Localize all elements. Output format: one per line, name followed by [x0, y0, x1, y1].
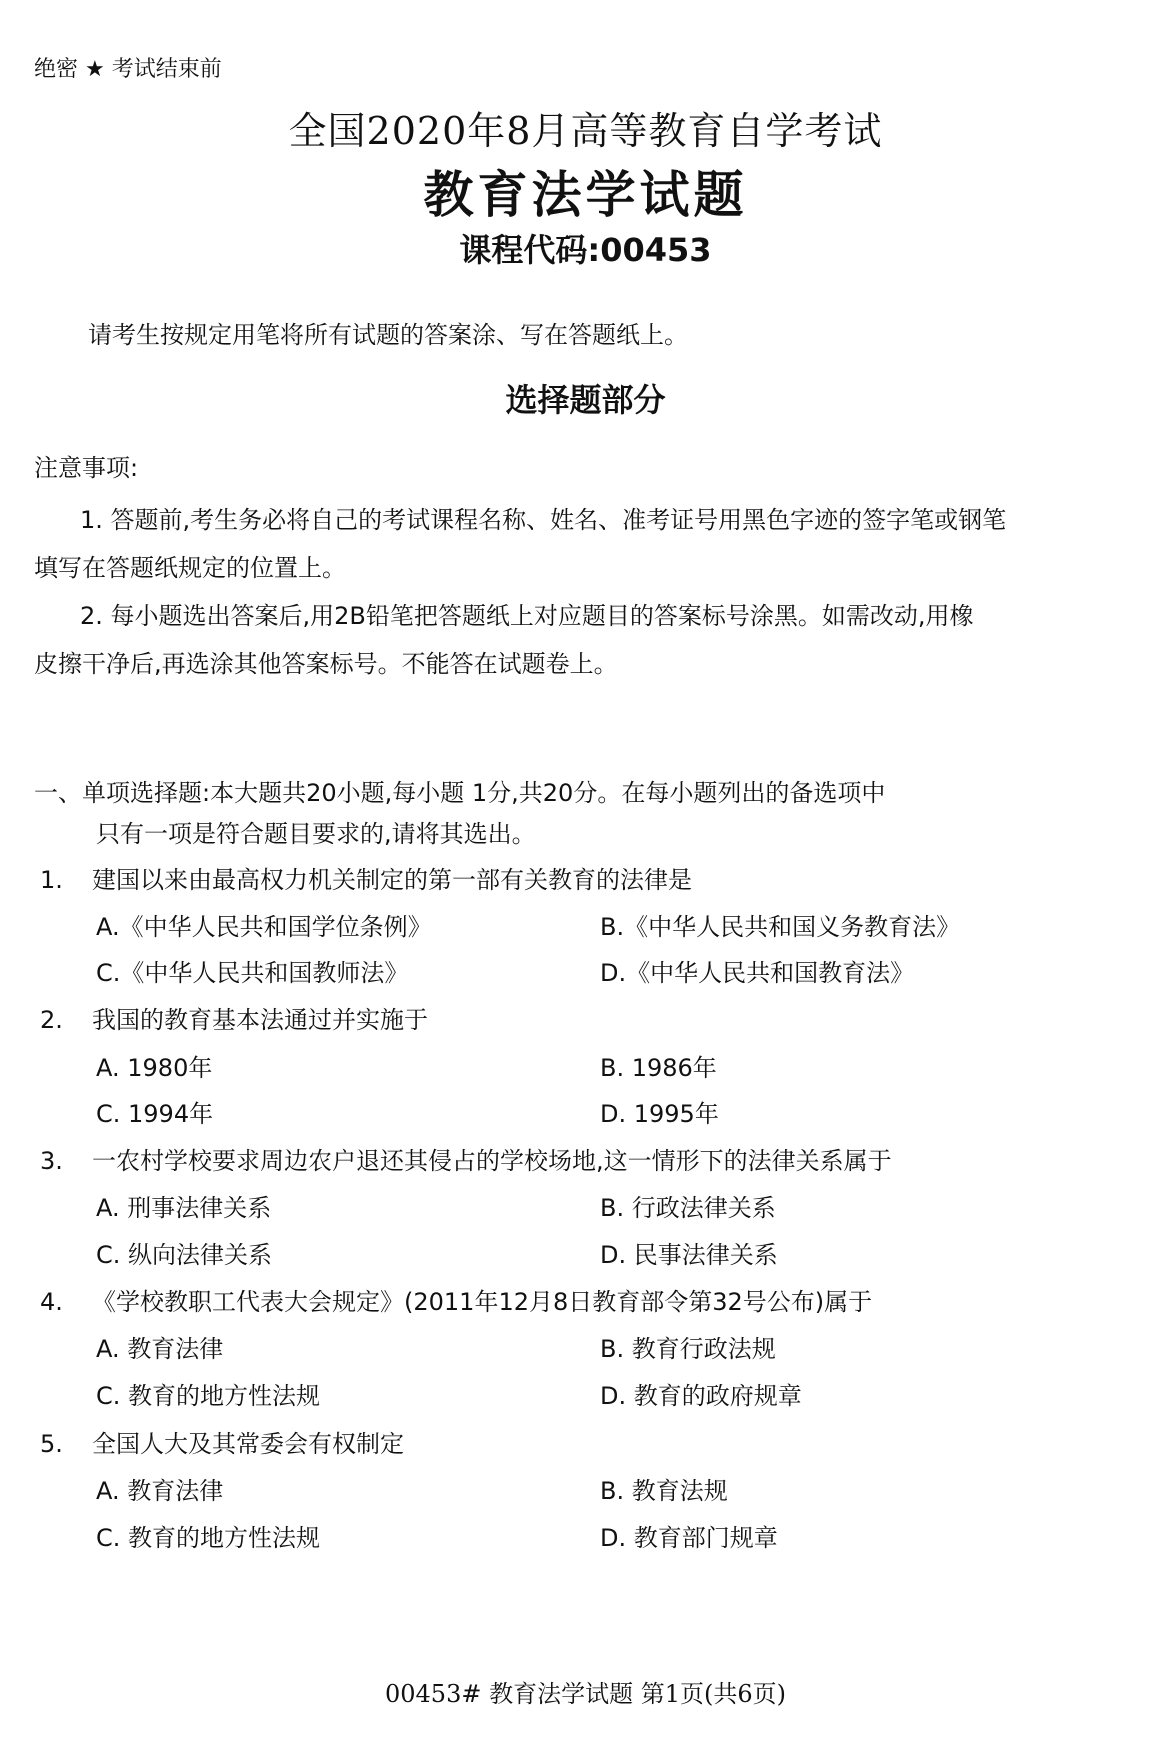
question-number: 5.	[40, 1430, 92, 1458]
option-a: A. 刑事法律关系	[96, 1188, 271, 1223]
question-1: 1.建国以来由最高权力机关制定的第一部有关教育的法律是	[40, 860, 692, 895]
option-a: A. 1980年	[96, 1048, 212, 1083]
option-b: B.《中华人民共和国义务教育法》	[600, 907, 960, 942]
question-number: 3.	[40, 1147, 92, 1175]
question-text: 《学校教职工代表大会规定》(2011年12月8日教育部令第32号公布)属于	[92, 1288, 872, 1316]
question-text: 建国以来由最高权力机关制定的第一部有关教育的法律是	[92, 866, 692, 894]
question-text: 一农村学校要求周边农户退还其侵占的学校场地,这一情形下的法律关系属于	[92, 1147, 892, 1175]
option-c: C. 教育的地方性法规	[96, 1518, 320, 1553]
option-c: C. 1994年	[96, 1094, 213, 1129]
option-b: B. 教育法规	[600, 1471, 728, 1506]
question-4: 4.《学校教职工代表大会规定》(2011年12月8日教育部令第32号公布)属于	[40, 1282, 872, 1317]
option-c: C.《中华人民共和国教师法》	[96, 953, 408, 988]
option-d: D. 1995年	[600, 1094, 719, 1129]
question-number: 2.	[40, 1006, 92, 1034]
course-code: 课程代码:00453	[0, 225, 1171, 271]
option-d: D. 教育部门规章	[600, 1518, 778, 1553]
option-b: B. 行政法律关系	[600, 1188, 776, 1223]
section-title: 选择题部分	[0, 375, 1171, 421]
part-one-heading: 一、单项选择题:本大题共20小题,每小题 1分,共20分。在每小题列出的备选项中	[34, 773, 885, 808]
question-number: 4.	[40, 1288, 92, 1316]
question-number: 1.	[40, 866, 92, 894]
question-3: 3.一农村学校要求周边农户退还其侵占的学校场地,这一情形下的法律关系属于	[40, 1141, 892, 1176]
question-text: 全国人大及其常委会有权制定	[92, 1430, 404, 1458]
confidential-mark: 绝密 ★ 考试结束前	[34, 52, 222, 83]
option-d: D. 民事法律关系	[600, 1235, 778, 1270]
question-5: 5.全国人大及其常委会有权制定	[40, 1424, 404, 1459]
option-a: A.《中华人民共和国学位条例》	[96, 907, 432, 942]
note-1-line-1: 1. 答题前,考生务必将自己的考试课程名称、姓名、准考证号用黑色字迹的签字笔或钢…	[80, 500, 1006, 535]
option-a: A. 教育法律	[96, 1471, 223, 1506]
part-one-subheading: 只有一项是符合题目要求的,请将其选出。	[96, 814, 536, 849]
notes-heading: 注意事项:	[34, 448, 138, 483]
note-2-line-1: 2. 每小题选出答案后,用2B铅笔把答题纸上对应题目的答案标号涂黑。如需改动,用…	[80, 596, 974, 631]
page-title: 教育法学试题	[0, 155, 1171, 227]
exam-title: 全国2020年8月高等教育自学考试	[0, 100, 1171, 155]
option-a: A. 教育法律	[96, 1329, 223, 1364]
note-1-line-2: 填写在答题纸规定的位置上。	[34, 548, 346, 583]
page-footer: 00453# 教育法学试题 第1页(共6页)	[0, 1674, 1171, 1709]
note-2-line-2: 皮擦干净后,再选涂其他答案标号。不能答在试题卷上。	[34, 644, 618, 679]
option-b: B. 1986年	[600, 1048, 717, 1083]
option-d: D.《中华人民共和国教育法》	[600, 953, 914, 988]
question-text: 我国的教育基本法通过并实施于	[92, 1006, 428, 1034]
question-2: 2.我国的教育基本法通过并实施于	[40, 1000, 428, 1035]
option-b: B. 教育行政法规	[600, 1329, 776, 1364]
general-instruction: 请考生按规定用笔将所有试题的答案涂、写在答题纸上。	[88, 315, 688, 350]
option-c: C. 教育的地方性法规	[96, 1376, 320, 1411]
option-d: D. 教育的政府规章	[600, 1376, 802, 1411]
option-c: C. 纵向法律关系	[96, 1235, 272, 1270]
